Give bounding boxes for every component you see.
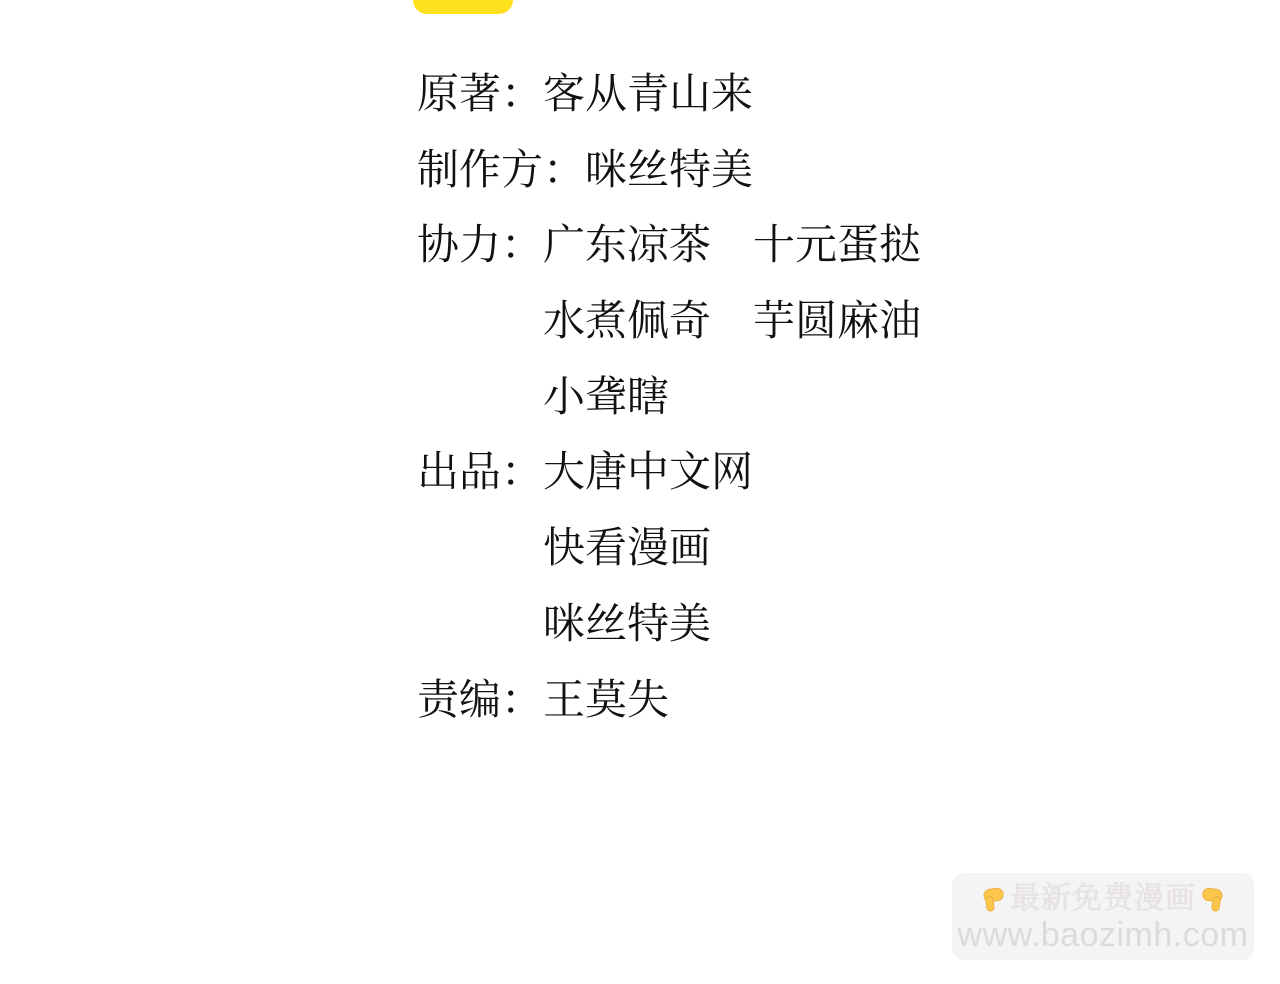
credits-block: 原著：客从青山来 制作方：咪丝特美 协力：广东凉茶 十元蛋挞 水煮佩奇 芋圆麻油… (417, 56, 921, 737)
credit-original-work: 原著：客从青山来 (417, 56, 921, 132)
credit-publisher-cont-2: 咪丝特美 (417, 586, 921, 662)
credit-publisher-cont-1: 快看漫画 (417, 510, 921, 586)
watermark-box: 最新免费漫画 www.baozimh.com (952, 873, 1254, 960)
credit-production: 制作方：咪丝特美 (417, 132, 921, 208)
credit-editor: 责编：王莫失 (417, 662, 921, 738)
yellow-tab-decoration (413, 0, 513, 14)
credit-assistance: 协力：广东凉茶 十元蛋挞 (417, 207, 921, 283)
point-down-icon (979, 885, 1007, 913)
watermark-url: www.baozimh.com (958, 918, 1249, 952)
credit-assistance-cont-1: 水煮佩奇 芋圆麻油 (417, 283, 921, 359)
credit-publisher: 出品：大唐中文网 (417, 434, 921, 510)
point-down-icon (1199, 885, 1227, 913)
watermark-headline: 最新免费漫画 (1010, 884, 1196, 914)
credit-assistance-cont-2: 小聋瞎 (417, 359, 921, 435)
watermark-headline-row: 最新免费漫画 (979, 881, 1227, 917)
